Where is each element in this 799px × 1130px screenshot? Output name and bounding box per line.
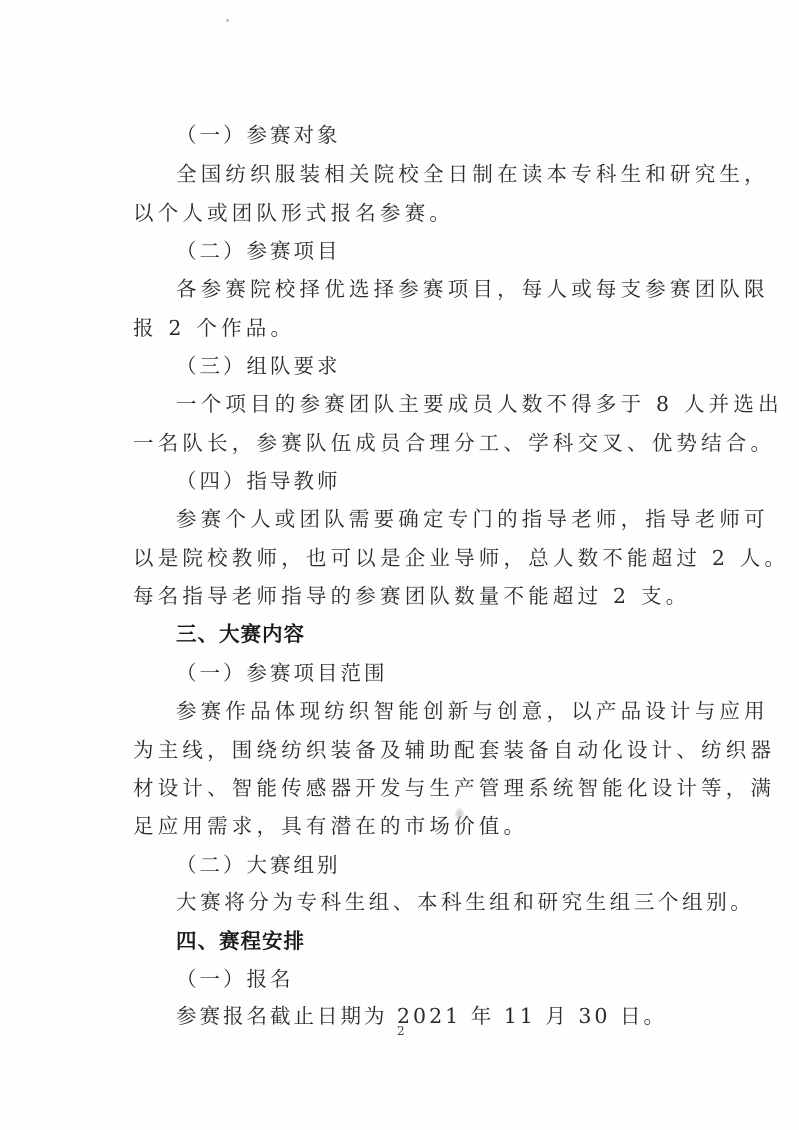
paragraph-line: 参赛报名截止日期为 2021 年 11 月 30 日。 xyxy=(176,1003,667,1029)
subheading-team-requirements: （三）组队要求 xyxy=(176,353,341,379)
document-page: （一）参赛对象 全国纺织服装相关院校全日制在读本专科生和研究生， 以个人或团队形… xyxy=(0,0,799,1130)
subheading-registration: （一）报名 xyxy=(176,966,294,992)
subheading-contest-groups: （二）大赛组别 xyxy=(176,852,341,878)
section-heading-contest-content: 三、大赛内容 xyxy=(176,621,305,647)
paragraph-line: 一名队长，参赛队伍成员合理分工、学科交叉、优势结合。 xyxy=(133,430,775,456)
page-number: 2 xyxy=(397,1024,405,1038)
paragraph-line: 以个人或团队形式报名参赛。 xyxy=(133,200,454,226)
paragraph-line: 大赛将分为专科生组、本科生组和研究生组三个组别。 xyxy=(176,889,754,915)
paragraph-line: 各参赛院校择优选择参赛项目，每人或每支参赛团队限 xyxy=(176,276,769,302)
subheading-projects: （二）参赛项目 xyxy=(176,238,341,264)
paragraph-line: 足应用需求，具有潜在的市场价值。 xyxy=(133,813,528,839)
paragraph-line: 为主线，围绕纺织装备及辅助配套装备自动化设计、纺织器 xyxy=(133,737,775,763)
paragraph-line: 报 2 个作品。 xyxy=(133,315,295,341)
paragraph-line: 参赛个人或团队需要确定专门的指导老师，指导老师可 xyxy=(176,506,769,532)
paragraph-line: 一个项目的参赛团队主要成员人数不得多于 8 人并选出 xyxy=(176,391,783,417)
scan-smudge xyxy=(455,808,464,820)
paragraph-line: 以是院校教师，也可以是企业导师，总人数不能超过 2 人。 xyxy=(133,545,789,571)
subheading-participants: （一）参赛对象 xyxy=(176,122,341,148)
subheading-project-scope: （一）参赛项目范围 xyxy=(176,660,388,686)
paragraph-line: 每名指导老师指导的参赛团队数量不能超过 2 支。 xyxy=(133,583,690,609)
paragraph-line: 参赛作品体现纺织智能创新与创意，以产品设计与应用 xyxy=(176,698,769,724)
section-heading-schedule: 四、赛程安排 xyxy=(176,928,305,954)
paragraph-line: 材设计、智能传感器开发与生产管理系统智能化设计等，满 xyxy=(133,775,775,801)
scan-speck xyxy=(226,19,229,22)
paragraph-line: 全国纺织服装相关院校全日制在读本专科生和研究生， xyxy=(176,161,769,187)
subheading-advisors: （四）指导教师 xyxy=(176,468,341,494)
